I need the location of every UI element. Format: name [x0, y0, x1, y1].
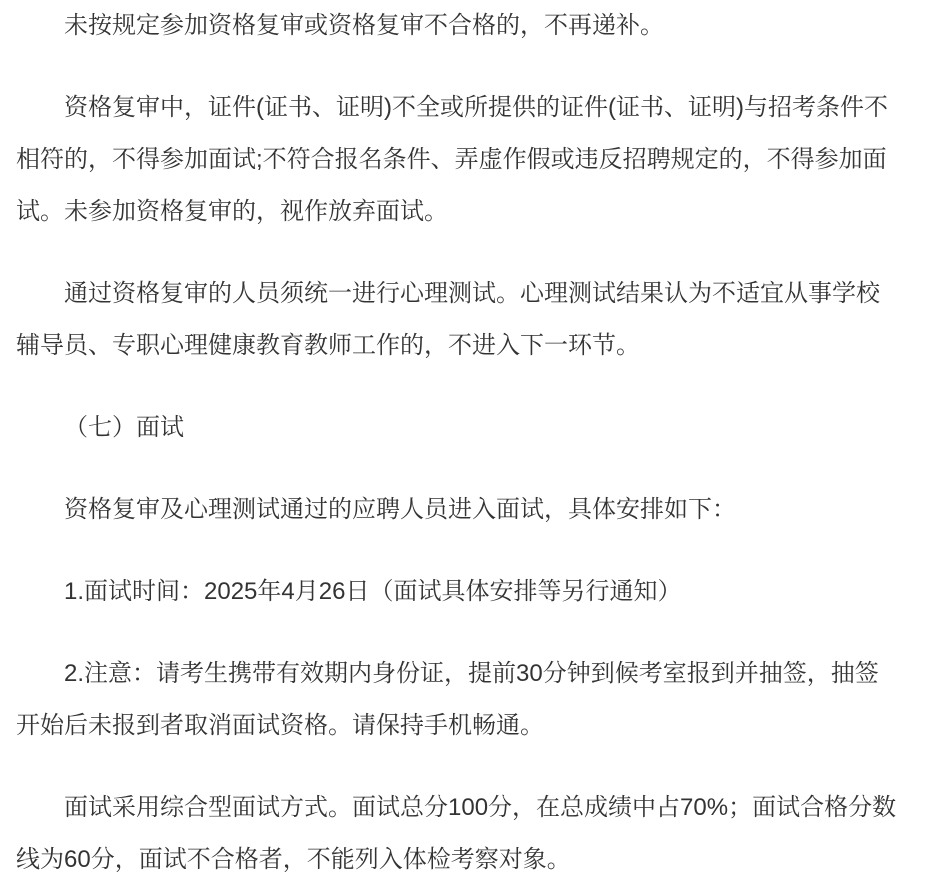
document-page: 未按规定参加资格复审或资格复审不合格的，不再递补。 资格复审中，证件(证书、证明…: [0, 0, 940, 892]
paragraph-interview-intro: 资格复审及心理测试通过的应聘人员进入面试，具体安排如下：: [16, 484, 900, 536]
paragraph-interview-notice: 2.注意：请考生携带有效期内身份证，提前30分钟到候考室报到并抽签，抽签开始后未…: [16, 648, 900, 752]
paragraph-interview-scoring: 面试采用综合型面试方式。面试总分100分，在总成绩中占70%；面试合格分数线为6…: [16, 782, 900, 886]
paragraph-psychological-test: 通过资格复审的人员须统一进行心理测试。心理测试结果认为不适宜从事学校辅导员、专职…: [16, 268, 900, 372]
paragraph-interview-time: 1.面试时间：2025年4月26日（面试具体安排等另行通知）: [16, 566, 900, 618]
paragraph-no-replacement: 未按规定参加资格复审或资格复审不合格的，不再递补。: [16, 0, 900, 52]
paragraph-qualification-review-rules: 资格复审中，证件(证书、证明)不全或所提供的证件(证书、证明)与招考条件不相符的…: [16, 82, 900, 238]
section-heading-interview: （七）面试: [16, 402, 900, 454]
